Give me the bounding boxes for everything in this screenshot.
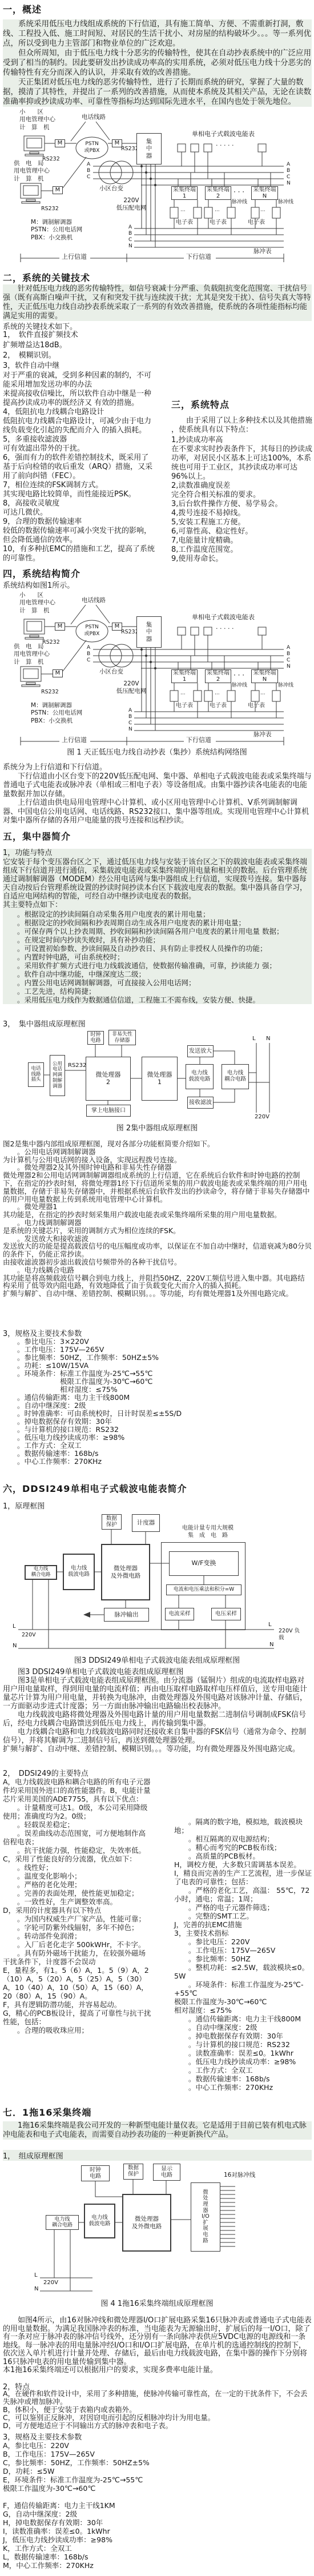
terminal1-box: 采集终端1 [171, 186, 198, 200]
desc-line: 扩频与解扩、自动中继、差错控制、模糊识别。。。等功能，均有微处理器1及外围电路完… [3, 1290, 312, 1298]
powerline-coupler-box: 电力线 耦合电路 [46, 2215, 79, 2230]
ellipsis-dots: ··· [215, 692, 220, 699]
section7-features: A，在硬件和软件设计中，采用了多种措施，使脉冲传输可靠性高，在一定的干扰条件下，… [3, 2390, 312, 2430]
spec-item: E，环境条件：标准工作温度为-25℃→55℃ [3, 2475, 312, 2484]
section7-paragraphs: 如图4所示，由16对脉冲线和微处理器I/O口扩展电路采集16只脉冲表或普通电子式… [3, 2317, 312, 2375]
tech-item: 可有效滤出带外的干扰。 [3, 444, 156, 454]
bus-label-b: B [87, 168, 90, 175]
pulse-line-label: 脉冲线 [278, 199, 293, 206]
mpu1-box: 微处理器 1 [142, 1057, 178, 1101]
feature-item: 2,读数准确度误差 [171, 482, 313, 491]
powerline-carrier-box: 电力线 载波电路 [63, 1554, 95, 1590]
desc-line: 是系统的关键芯片，采用的调制方式为相位连续的FSK。 [3, 1227, 312, 1235]
desc-line: 。公用电话网调制解调器 [3, 1148, 312, 1156]
rs232-label: RS232 [41, 689, 59, 696]
paragraph: 天正集团对低压电力线的恶劣传输特性，进行了长期而系统的研究，掌握了大量的数据，摸… [3, 78, 312, 107]
spec-item: G，自动中继深度：2级 [3, 2510, 312, 2518]
feature-line: 。高质量的PCB板材。 [174, 1852, 314, 1860]
feature-item: D，可方便地适应于不同输出方式的脉冲表和电子表。 [3, 2422, 312, 2430]
bus-label-b: B [287, 651, 290, 658]
bus-label-b: B [87, 651, 90, 658]
feature-item: 。可设置初始参数、抄读间隔及自动抄表日、具有防止非授权人员操作的功能； [3, 944, 312, 953]
feature-line: A，电力线载波电路和耦合电路的所有电子元器件均采用国外进口的高性能器件。B，电能… [3, 1777, 152, 1803]
ellipsis-dots: ··· [180, 692, 186, 699]
section7-title: 七．1拖16采集终端 [3, 2105, 312, 2118]
feature-item: 。内置公用电话网调制解调器，可直接接入公用电话网； [3, 978, 312, 987]
lowerbus-label-c: C [128, 720, 132, 727]
feature-line: 。数据传输速率：168b/s [174, 2075, 314, 2083]
tech-item: 7，相位连续的FSK调制方式。 [3, 481, 156, 490]
pstn-modem-box: 公用 电话 网调 制解 调器 [50, 1055, 65, 1096]
grid-220v-label: 220V 低压配电网 [110, 197, 153, 212]
pulse-line-label: 脉冲线 [278, 683, 293, 689]
tech-item: 1， 软件直接扩频技术 [3, 330, 312, 340]
two-column-region-2: A，电力线载波电路和耦合电路的所有电子元器件均采用国外进口的高性能器件。B，电能… [3, 1777, 312, 2105]
feature-item: 。根据设定的抄收间隔和抄表周期自动生成各用户电度表的累计用电量； [3, 918, 312, 927]
desc-line: 其功能是，在指定的抄表时刻采集用户载波电能表或采集终端所采集的用户用电量数据。 [3, 1211, 312, 1219]
tech-item: 5，多重接收滤波器 [3, 435, 156, 444]
voltage-220v-label: 220V [22, 1632, 36, 1639]
tech-item: 低阻抗电力线耦合电路设计，可减少由于电力线负载变化引起的失配而介入 的插入损耗。 [3, 417, 156, 435]
nvram-box: 非易失性 存储器 [108, 1030, 136, 1045]
tech-item: 8，高接收灵敏度 [3, 499, 156, 508]
section3-title: 三，系统特点 [171, 398, 313, 411]
current-sample-box: 电流采样 [165, 1608, 194, 1620]
carrier-meter-row-label: 单相电子式载波电能表 [192, 613, 255, 621]
figure4-caption: 图 4 1拖16采集终端组成原理框图 [0, 2297, 314, 2308]
feature-item: 3,后台软件操作方便、易学易会。 [171, 500, 313, 509]
subheading: 1，原理框图 [3, 1500, 312, 1511]
feature-line: 。中心工作频率：270KHz [174, 2083, 314, 2092]
feature-item: 。采用软件扩频方式进行电力线载波通信，使数据传输准确，可靠，抄读能力 强； [3, 961, 312, 970]
feature-line: 。线性好； [3, 1863, 152, 1872]
section6-right-column: 。隔离的数字地，模拟地，载波模块地； 。相互隔离的双电源结构； 。精心而考究的P… [174, 1817, 314, 2092]
feature-line: 。温度变化影响小； [3, 1872, 152, 1880]
section4-paragraphs: 系统分为上行信道和下行信道。 下行信道由小区台变下的220V低压配电网、集中器、… [3, 763, 312, 825]
spec-item: 。中心工作频率：270KHz [3, 1458, 312, 1466]
desc-line: 。电力线调制解调器 [3, 1219, 312, 1227]
feature-line: 。完善的表面处理，使性能更加稳定； [3, 1889, 152, 1897]
section2-pre-items: 1， 软件直接扩频技术扩频增益达18dB。2， 模糊识别。3，软件自动中继 [3, 330, 312, 371]
tech-item: 较低的数据传输速率可减小突发干扰的影响，但会降低通信的效率。 [3, 527, 156, 545]
feature-line: 。精心而考究的PCB板布线； [174, 1843, 314, 1852]
downstream-channel-label: 下行信道 [186, 253, 211, 261]
ellipsis-dots: · · · · · [216, 625, 234, 633]
line-n-label: N [269, 1642, 273, 1649]
data-protect-box: 数据 保护 [123, 2164, 143, 2180]
concentrator-box: 集 中 器 [136, 616, 162, 648]
lowerbus-label-b: B [128, 231, 132, 238]
feature-item: A，在硬件和软件设计中，采用了多种措施，使脉冲传输可靠性高，在一定的干扰条件下，… [3, 2390, 312, 2406]
lowerbus-label-n: N [128, 727, 132, 733]
bus-label-c: C [287, 174, 290, 181]
feature-line: 。抗干扰能力强，性能稳定，失效率低。 [3, 1846, 152, 1855]
feature-line: G，精心的PCB板设计，提高了可靠性与抗干扰性能，包括： [3, 2009, 152, 2026]
bus-label-c: C [87, 174, 90, 181]
palm-interface-box: 掌上电脑接口 [86, 1105, 131, 1117]
feature-line: 。参比电压：220V [174, 1937, 314, 1946]
feature-line: 。工作电压：175V—265V [174, 1946, 314, 1955]
spec-item [3, 2493, 312, 2501]
rs232-label: RS232 [41, 206, 59, 212]
carrier-meter-row-label: 单相电子式载波电能表 [192, 130, 255, 138]
feature-item: 4,拨号连接不易掉线。 [171, 509, 313, 518]
powerline-carrier-box: 电力线 载波电路 [186, 1064, 214, 1089]
feature-line: 。字轮可防紫外线辐射，多年不掉色； [3, 1923, 152, 1932]
figure4-terminal-diagram: 时钟 电路 数据 保护 显示 电路 16对脉冲线 微 处 理 器 I/O 扩 展… [0, 2162, 314, 2310]
figure2-concentrator-diagram: 时钟 电路 非易失性 存储器 电话 线路 插头 公用 电话 网调 制解 调器 R… [0, 1027, 314, 1133]
rs232-label: RS232 [68, 1062, 86, 1070]
line-l-label: L [268, 1622, 272, 1629]
spec-item: 。环境条件：标准工作温度为-25℃→55℃ [3, 1370, 312, 1378]
spec-item: 。通信传输距离：电力主干线800M [3, 1394, 312, 1402]
lowerbus-label-b: B [128, 714, 132, 721]
feature-line: J，完善的抗EMC措施 [174, 1920, 314, 1929]
feature-item: 完全符合相关标准的要求。 [171, 491, 313, 500]
section4-title: 四，系统结构简介 [3, 567, 312, 580]
feature-line: 。整机功耗：≤2.5W，载波模块≤0。5W [174, 1963, 314, 1980]
feature-item: 5,安装工程施工方便。 [171, 518, 313, 527]
ellipsis-dots: · · · · · [216, 142, 234, 150]
spec-item: C，参比频率：50HZ，工作频率：50HZ±5% [3, 2458, 312, 2467]
emeter-label: 电子表 [210, 703, 227, 710]
section7-specs: A，参比电压：220VB，工作电压：175V—265VC，参比频率：50HZ，工… [3, 2441, 312, 2570]
feature-line: 。完整的SMT工艺。 [174, 1912, 314, 1920]
spec-item: K，工作方式：全双工 [3, 2544, 312, 2553]
bus-label-n: N [287, 180, 291, 187]
feature-line: 。与计算机的接口规范：RS232 [174, 2040, 314, 2049]
spec-item: 。数据传输速率：168b/s [3, 1450, 312, 1458]
subheading: 1，功能与特点 [3, 849, 312, 858]
spec-item: 相对湿度：≤75% [3, 1386, 312, 1394]
feature-line: 。轻载误差稳定； [3, 1820, 152, 1829]
feature-line: 。严格的老化工艺，高温： 55℃，72小时，通电；常温；1周； [174, 1886, 314, 1903]
spec-item: 。时钟准确率：可由系统校时，日计时误差≤±5S/D [3, 1410, 312, 1418]
pulse-line-label: 脉冲线 [232, 683, 247, 689]
section1-title: 一，概述 [3, 2, 312, 15]
paragraph: 电力线耦合电路和电力线载波电路同时还接收来自集中器的FSK信号（通常为命令、控制… [3, 1728, 312, 1745]
section2-intro: 针对低压电力线的恶劣传输特性，如信号衰减十分严重、负载阻抗变化范围宽、干扰信号强… [3, 284, 312, 321]
emeter-label: 电子表 [248, 219, 265, 227]
feature-line: 。参比频率：50HZ [174, 1955, 314, 1963]
ellipsis-dots: ··· [215, 208, 220, 215]
section2-title: 二，系统的关键技术 [3, 271, 312, 284]
spec-item: L，数据传输速率：168b/s [3, 2553, 312, 2561]
grid-220v-label: 220V 低压配电网 [110, 680, 153, 696]
section5-specs: 。参比电压：3×220V 。工作电压：175V—265V 。参比频率：50HZ，… [3, 1338, 312, 1466]
upstream-channel-label: 上行信道 [62, 736, 87, 744]
phone-plug-box: 电话 线路 插头 [28, 1062, 44, 1087]
tech-item: 扩频增益达18dB。 [3, 340, 312, 351]
feature-line: 。读数准确率：误差≤0。1kWhr [174, 2049, 314, 2057]
desc-line: 由接收滤波器初步滤出载波信号频带外的各种干扰信号。 [3, 1258, 312, 1266]
bus-label-c: C [287, 657, 290, 664]
clock-circuit-box: 时钟 电路 [81, 2165, 110, 2181]
feature-line: F，具有逻辑防潜功能，并容易起动。 [3, 2000, 152, 2009]
paragraph: 如图4所示，由16对脉冲线和微处理器I/O口扩展电路采集16只脉冲表或普通电子式… [3, 2317, 312, 2366]
tech-item: 其实现电路比较简单，而性能接近PSK。 [3, 490, 156, 499]
lowerbus-label-c: C [128, 237, 132, 244]
section6-paragraphs: 图3 DDSI249单相电子式载波电能表组成原理框图 图3是单相电子式载波电能表… [3, 1668, 312, 1754]
ellipsis-dots: · · · [234, 188, 244, 196]
legend: M：调制解调器 PSTN：公用电话网 PBX：小交换机 [31, 219, 82, 242]
feature-line: 。严格的老化处理； [3, 1880, 152, 1889]
spec-item: 。自动中继深度：2级 [3, 1402, 312, 1410]
paragraph: 本1拖16采集终端还可以根据用户的要求，实现多费率电能计量。 [3, 2366, 312, 2375]
concentrator-features: 。根据设定的抄读间隔自动采集各用户电度表的累计用电量； 。根据设定的抄收间隔和抄… [3, 910, 312, 1004]
concentrator-box: 集 中 器 [136, 133, 162, 164]
desc-line: 为计算机与公用电话网的接入设备，实现远程拨号连接。 [3, 1156, 312, 1164]
tech-item: 2， 模糊识别。 [3, 351, 312, 361]
section3-intro: 由于采用了以上多种技术以及其他措施 ，使系统具有以下特点： [171, 416, 313, 435]
clock-circuit-box: 时钟 电路 [87, 1031, 104, 1045]
mpu2-box: 微处理器 2 [86, 1057, 131, 1101]
scanned-document: 一，概述 系统采用低压电力线组成系统的下行信道，具有施工简单、方便、不需重新打洞… [0, 0, 314, 2576]
spec-item: 极限工作温度为-30℃→60℃ [3, 1378, 312, 1386]
modem1-box: M [55, 623, 65, 631]
line-n-label: N [34, 2286, 38, 2293]
modem3-box: M [53, 186, 63, 194]
load-220v-label: 220V 负 载 [279, 1628, 312, 1642]
figure1-network-diagram: 小 区 用电管理中心 计 算 机 电话线路 M M M PSTN 或PBX RS… [0, 591, 314, 756]
feature-line: 。工作方式：全双工 [174, 2066, 314, 2075]
modem1-box: M [55, 139, 65, 147]
line-l-label: L [13, 1623, 16, 1631]
feature-item: 9,使用寿命长。 [171, 555, 313, 564]
desc-line: 发送放大的功能是提高载波信号的电压幅度或功率，以保证在不加自动中继时，信道衰减为… [3, 1242, 312, 1258]
paragraph: 但众所周知，由于低压电力线十分恶劣的传输特性，使其在自动抄表系统中的广泛应用受到… [3, 49, 312, 78]
mpu-box: 微处理器 及外微电路 [101, 1544, 150, 1600]
feature-item: B，体积小，便于安装于表箱内或表箱外。 [3, 2406, 312, 2414]
section1-paragraphs: 系统采用低压电力线组成系统的下行信道，具有施工简单、方便、不需重新打洞，敷线、工… [3, 19, 312, 107]
spec-item: D，功耗：≤5W [3, 2467, 312, 2475]
multiplier-box: 电流和电压乘法和积分=W [166, 1584, 241, 1595]
feature-item: 8,工作温度范围宽。 [171, 545, 313, 555]
feature-line: 。严格的电子元器件筛选； [174, 1903, 314, 1912]
powerline-carrier-box: 电力线 载波电路 [84, 2204, 115, 2238]
tech-item: 4，低阻抗电力线耦合电路设计 [3, 408, 156, 417]
feature-item: 7,电能量计度精确。 [171, 536, 313, 545]
voltage-220v-label: 220V [43, 2280, 58, 2287]
lead-line: 其主要特点如下： [3, 901, 312, 910]
desc-line: 微处理器2和公用电话网调制解调器组成系统的上行信道，它在系统后台软件和时钟电路的… [3, 1171, 312, 1203]
spec-item: 。工作电压：175V—265V [3, 1346, 312, 1354]
line-l-label: L [34, 2272, 38, 2280]
feature-item: 。工艺先进，结构简捷； [3, 987, 312, 996]
feature-line: I，精良而完善的生产工艺流程，进一步保证了电表的可靠性；包括： [174, 1869, 314, 1886]
voltage-sample-box: 电压采样 [211, 1608, 241, 1620]
terminal1-box: 采集终端1 [171, 669, 198, 683]
wf-converter-box: W/F变换 [169, 1551, 239, 1576]
spec-item: 。参比频率：50HZ，工作频率：50HZ±5% [3, 1354, 312, 1362]
register-box: 计度器 [132, 1514, 160, 1532]
spec-item: H，掉电数据保存有效期：30年 [3, 2518, 312, 2527]
computer1-label: 小 区 用电管理中心 计 算 机 [19, 592, 69, 615]
spec-item: F，通信传输距离：电力主干线1KM [3, 2501, 312, 2510]
spec-item: 极限工作温度为-30℃→60℃ [3, 2484, 312, 2493]
feature-line: 。通信传输距离：电力主干线800M [174, 2015, 314, 2023]
paragraph: 系统采用低压电力线组成系统的下行信道，具有施工简单、方便、不需重新打洞，敷线、工… [3, 19, 312, 49]
spec-item: M，中心工作频率：270KHz [3, 2561, 312, 2570]
spec-item: 。低压电力线抄读成功率：≥98% [3, 1434, 312, 1442]
pulse-output-box: 脉冲输出 [104, 1608, 149, 1622]
feature-item: 。软件自动中继功能，中继深度达二级； [3, 970, 312, 978]
feature-item: 在不要求实时抄表条件下，其每日的抄读成功率，对居民小区基本上可达100%，本系统… [171, 445, 313, 482]
phone-line-label: 电话线路 [82, 114, 106, 121]
bus-label-a: A [87, 645, 90, 652]
feature-line: 。入厂后老化走字 500kWHr，不卡字。 [3, 1940, 152, 1949]
pulse-lines-label: 16对脉冲线 [224, 2172, 255, 2179]
emeter-label: 电子表 [210, 219, 227, 227]
tech-item: 10，有多种抗EMC的措施和工艺，提高了系统的可靠性。 [3, 545, 156, 563]
paragraph: 扩频与解扩、自动中继、差错控制、模糊识别。。。等功能，均有微处理器及外围电路完成… [3, 1745, 312, 1754]
feature-line: 。计量精度可达1。0级，本公司采用降级使用；准确度均为2。0级； [3, 1803, 152, 1820]
figure2-caption: 图 2集中器组成原理框图 [0, 1122, 314, 1133]
ellipsis-dots: ··· [260, 692, 265, 699]
feature-line: 。合理的吸收珠应用； [3, 2026, 152, 2035]
desc-line: 其功能是将高频载波信号耦合到电力线上，并阻挡50HZ，220V工频信号进入集中器… [3, 1274, 312, 1290]
bus-label-c: C [87, 657, 90, 664]
bus-label-a: A [87, 162, 90, 168]
paragraph: 图3 DDSI249单相电子式载波电能表组成原理框图 [3, 1668, 312, 1676]
modem3-box: M [53, 669, 63, 677]
lowerbus-label-a: A [128, 708, 132, 715]
section7-intro: 1拖16采集终端是我公司开发的一种新型电能计量仪表。它是适用于目前已装有机电式脉… [3, 2121, 312, 2140]
data-protect-box: 数据 保护 [102, 1514, 122, 1530]
feature-line: 。一致性好，生产调整效率高。 [3, 1897, 152, 1906]
line-n-label: N [13, 1643, 17, 1650]
paragraph: 系统分为上行信道和下行信道。 [3, 763, 312, 772]
bus-label-a: A [287, 645, 290, 652]
desc-line: 。微处理器1 [3, 1203, 312, 1211]
downstream-channel-label: 下行信道 [186, 736, 211, 744]
rx-filter-box: 接收滤波 [187, 1097, 214, 1109]
paragraph: 它安装于每个变压器台区之下，通过低压电力线与安装于该台区之下的载波电能表或采集终… [3, 858, 312, 901]
feature-line: 。低压电力线抄读成功率：≥98% [174, 2057, 314, 2066]
emeter-label: 电子表 [176, 703, 193, 710]
feature-line: 极限工作温度为-30℃→60℃ [174, 1997, 314, 2006]
computer2-label: 供 电 局 用电管理中心 计 算 机 [14, 643, 63, 666]
feature-item: 。根据设定的抄读间隔自动采集各用户电度表的累计用电量； [3, 910, 312, 918]
section6-left-column: A，电力线载波电路和耦合电路的所有电子元器件均采用国外进口的高性能器件。B，电能… [3, 1777, 152, 2035]
section5-description: 图2是集中器内部组成原理框图，现对各部分功能框简要介绍如下。 。公用电话网调制解… [3, 1140, 312, 1298]
feature-item: C，可以鉴别正反脉冲，对因窃电而引起的反相脉冲均计为用电量。 [3, 2414, 312, 2422]
spec-item: 。功耗：≤10W/15VA [3, 1362, 312, 1370]
line-n-label: N [266, 1036, 270, 1043]
upstream-channel-label: 上行信道 [62, 253, 87, 261]
transformer-label: 小区台变 [99, 668, 123, 676]
spec-item: J，低压电力线抄读成功率：≥98% [3, 2535, 312, 2544]
feature-line: 。转动部件免润滑； [3, 1932, 152, 1940]
feature-item: 6,可靠性高、稳定性好。 [171, 527, 313, 536]
feature-line: 。具有防外磁场干扰能力，在较强外磁场干扰条件下，计度器不会误动 [3, 1949, 152, 1966]
powerline-coupler-box: 电力线 耦合电路 [25, 1565, 57, 1580]
asic-label: 电能计量专用大规模 集 成 电 路 [176, 1525, 240, 1540]
lowerbus-label-n: N [128, 243, 132, 250]
figure1-network-diagram: 小 区 用电管理中心 计 算 机 电话线路 M M M PSTN 或PBX RS… [0, 107, 314, 266]
section5-function-block: 1，功能与特点 它安装于每个变压器台区之下，通过低压电力线与安装于该台区之下的载… [3, 849, 312, 1004]
emeter-label: 电子表 [248, 703, 265, 710]
paragraph: 下行信道由小区台变下的220V低压配电网、集中器、单相电子式载波电能表或采集终端… [3, 772, 312, 799]
tech-item: 来提高接收信噪比，所以软件自动中继是一种提高抄读成功率的既经济又 有效的措施。 [3, 390, 156, 408]
subheading: 1， 组成原理框图 [3, 2150, 312, 2161]
powerline-coupler-box: 电力线 耦合电路 [222, 1064, 249, 1089]
voltage-220v-label: 220V [255, 1114, 269, 1121]
desc-lines: 。公用电话网调制解调器为计算机与公用电话网的接入设备，实现远程拨号连接。 。微处… [3, 1148, 312, 1298]
mpu-box: 微处理器 及外微电路 [122, 2194, 171, 2252]
tech-item: 9，合理的数据传输速率 [3, 517, 156, 527]
terminal2-box: 采集终端2 [205, 669, 231, 683]
two-column-region-1: 对于严重的衰减，受到多种因素的制约，不可能采用增加发送功率的办法来提高接收信噪比… [3, 371, 312, 567]
spec-item: I，读数准确率：误差≤0。1kWhr [3, 2527, 312, 2535]
computer2-label: 供 电 局 用电管理中心 计 算 机 [14, 160, 63, 183]
emeter-label: 电子表 [176, 219, 193, 227]
feature-line: D，采用的计度器具有以下特点 [3, 1906, 152, 1915]
terminal2-box: 采集终端2 [205, 186, 231, 200]
spec-item: B，工作电压：175V—265V [3, 2450, 312, 2458]
feature-line: 相对湿度：≤75% [174, 2006, 314, 2015]
feature-line: 。误差曲线动态范围宽，可方便地制作高倍程电表； [3, 1829, 152, 1846]
section4-lead: 系统结构如图1所示。 [3, 579, 312, 590]
io-expansion-box: 微 处 理 器 I/O 扩 展 电 路 [191, 2182, 220, 2252]
ellipsis-dots: ··· [260, 208, 265, 215]
figure3-meter-diagram: 数据 保护 计度器 电能计量专用大规模 集 成 电 路 电力线 耦合电路 电力线… [0, 1512, 314, 1666]
desc-line: 。微处理器2及其外围时钟电路和非易失性存储器 [3, 1163, 312, 1171]
paragraph: 电力线载波电路将微处理器及外围电路计量的用户用电量数据二进制信号调制成FSK信号… [3, 1711, 312, 1728]
subheading: 2， DDSI249的主要特点 [3, 1767, 312, 1778]
paragraph: 图3是单相电子式载波电能表组成原理框图。由分流器（锰铜片）组成的电流取样电路对用… [3, 1676, 312, 1711]
pulse-meter-label: 脉冲表 [253, 248, 272, 255]
feature-line: H，调校方便，大多数只需调基本误差。 [174, 1860, 314, 1869]
feature-line: 。相互隔离的双电源结构； [174, 1835, 314, 1843]
spec-item: 。参比电压：3×220V [3, 1338, 312, 1346]
paragraph: 图2是集中器内部组成原理框图，现对各部分功能框简要介绍如下。 [3, 1140, 312, 1148]
feature-line: 。环境条件：标准工作温度为-25℃-+55℃ [174, 1980, 314, 1997]
bus-label-b: B [287, 168, 290, 175]
feature-line: 。为国内权威生产厂家产品，性能可靠； [3, 1915, 152, 1923]
computer1-label: 小 区 用电管理中心 计 算 机 [19, 109, 69, 131]
display-circuit-box: 显示 电路 [153, 2164, 180, 2181]
spec-item: 。掉电数据保存有效期：30年 [3, 1418, 312, 1426]
bus-label-a: A [287, 162, 290, 168]
feature-item: 。可保存两个以上抄表周期、抄收间隔和抄读间隔各用户电度表的累计用电量 数据； [3, 927, 312, 936]
feature-item: 1,抄读成功率高 [171, 436, 313, 445]
feature-line: C，采用了性能良好的分流器，优点如下： [3, 1855, 152, 1863]
feature-line: 。隔离的数字地，模拟地，载波模块地； [174, 1817, 314, 1835]
figure3-caption: 图3 DDSI249单相电子式载波电能表组成原理框图 [0, 1654, 314, 1665]
feature-line: E，量程多，有1。5（6）A，1。5（9）A，2（10）A，5（20）A，5（2… [3, 1966, 152, 2000]
subheading: 3，规格及主要技术参数 [3, 2431, 312, 2442]
ellipsis-dots: · · · [234, 671, 244, 680]
feature-item: 。内置时钟电路，可由系统校时； [3, 953, 312, 961]
desc-line: 。电力线耦合电路 [3, 1266, 312, 1274]
pstn-ellipse-label: PSTN 或PBX [77, 141, 107, 154]
pulse-meter-label: 脉冲表 [253, 731, 272, 739]
section2-left-column: 对于严重的衰减，受到多种因素的制约，不可能采用增加发送功率的办法来提高接收信噪比… [3, 371, 156, 563]
feature-item: 。采用低压电力线作为数据通信信道，工程施工不需布线，安装方便、快捷。 [3, 996, 312, 1004]
spec-item: A，参比电压：220V [3, 2441, 312, 2450]
spec-item: 。工作方式：全双工 [3, 1442, 312, 1450]
tech-item: 对于严重的衰减，受到多种因素的制约，不可能采用增加发送功率的办法 [3, 371, 156, 390]
pstn-ellipse-label: PSTN 或PBX [77, 624, 107, 637]
section3-right-column: 三，系统特点 由于采用了以上多种技术以及其他措施 ，使系统具有以下特点： 1,抄… [171, 398, 313, 564]
lowerbus-label-a: A [128, 224, 132, 231]
legend: M：调制解调器 PSTN：公用电话网 PBX：小交换机 [31, 702, 82, 725]
spec-item: 。与计算机的接口规范：RS232 [3, 1426, 312, 1434]
paragraph: 上行信道由供电局用电管理中心计算机、或小区用电管理中心计算机、V系列调制解调器、… [3, 799, 312, 825]
section3-items: 1,抄读成功率高在不要求实时抄表条件下，其每日的抄读成功率，对居民小区基本上可达… [171, 436, 313, 564]
section5-title: 五，集中器简介 [3, 829, 312, 842]
